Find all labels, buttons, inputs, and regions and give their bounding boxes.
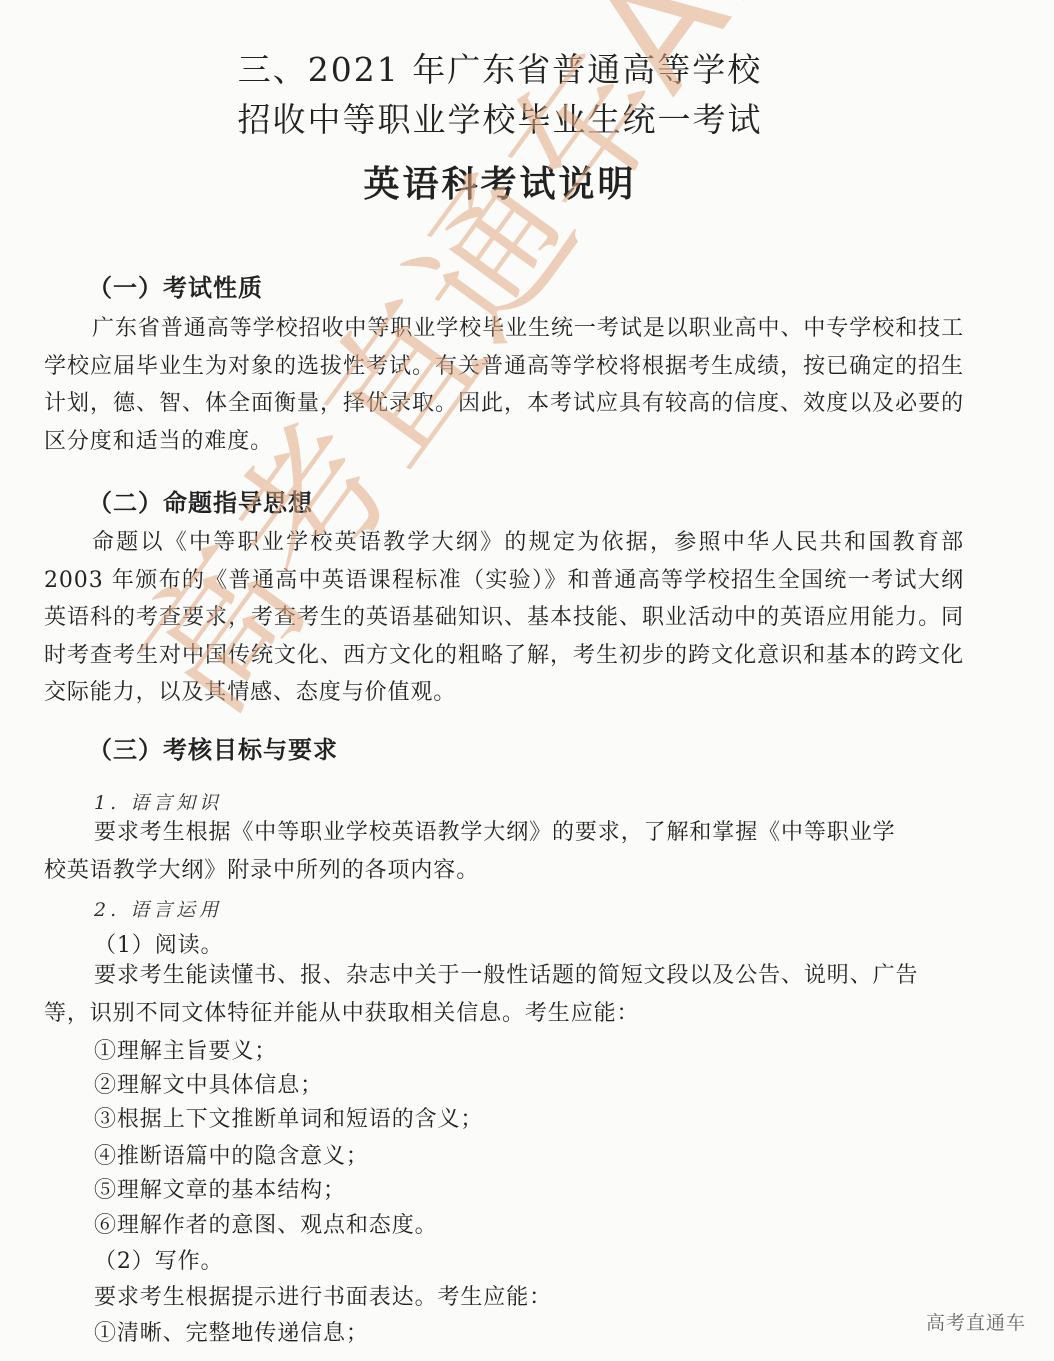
section-heading-guideline: （二）命题指导思想 — [88, 483, 313, 518]
writing-item: ①清晰、完整地传递信息； — [94, 1316, 369, 1347]
document-title-line-1: 三、2021 年广东省普通高等学校 — [0, 44, 1000, 91]
reading-item: ④推断语篇中的隐含意义； — [94, 1139, 369, 1170]
section-paragraph-guideline: 命题以《中等职业学校英语教学大纲》的规定为依据，参照中华人民共和国教育部 200… — [44, 524, 964, 712]
document-title-line-2: 招收中等职业学校毕业生统一考试 — [0, 94, 1000, 141]
reading-item: ②理解文中具体信息； — [94, 1068, 323, 1099]
subsection-language-knowledge: 1. 语言知识 — [94, 788, 222, 815]
subsection-language-use: 2. 语言运用 — [94, 895, 222, 922]
section-paragraph-nature: 广东省普通高等学校招收中等职业学校毕业生统一考试是以职业高中、中专学校和技工学校… — [44, 310, 964, 460]
language-knowledge-text-1: 要求考生根据《中等职业学校英语教学大纲》的要求，了解和掌握《中等职业学 — [94, 815, 896, 846]
section-heading-objectives: （三）考核目标与要求 — [88, 730, 338, 765]
reading-text-1: 要求考生能读懂书、报、杂志中关于一般性话题的简短文段以及公告、说明、广告 — [94, 958, 918, 989]
section-heading-nature: （一）考试性质 — [88, 268, 263, 303]
reading-text-2: 等，识别不同文体特征并能从中获取相关信息。考生应能： — [44, 996, 639, 1027]
writing-text: 要求考生根据提示进行书面表达。考生应能： — [94, 1280, 552, 1311]
writing-label: （2）写作。 — [94, 1244, 223, 1275]
language-knowledge-text-2: 校英语教学大纲》附录中所列的各项内容。 — [44, 853, 479, 884]
reading-label: （1）阅读。 — [94, 928, 223, 959]
reading-item: ①理解主旨要义； — [94, 1034, 277, 1065]
reading-item: ⑥理解作者的意图、观点和态度。 — [94, 1208, 438, 1239]
reading-item: ⑤理解文章的基本结构； — [94, 1173, 346, 1204]
document-subtitle: 英语科考试说明 — [0, 156, 1000, 207]
reading-item: ③根据上下文推断单词和短语的含义； — [94, 1102, 483, 1133]
document-page: 三、2021 年广东省普通高等学校 招收中等职业学校毕业生统一考试 英语科考试说… — [0, 0, 1054, 1361]
corner-watermark: 高考直通车 — [926, 1308, 1026, 1335]
